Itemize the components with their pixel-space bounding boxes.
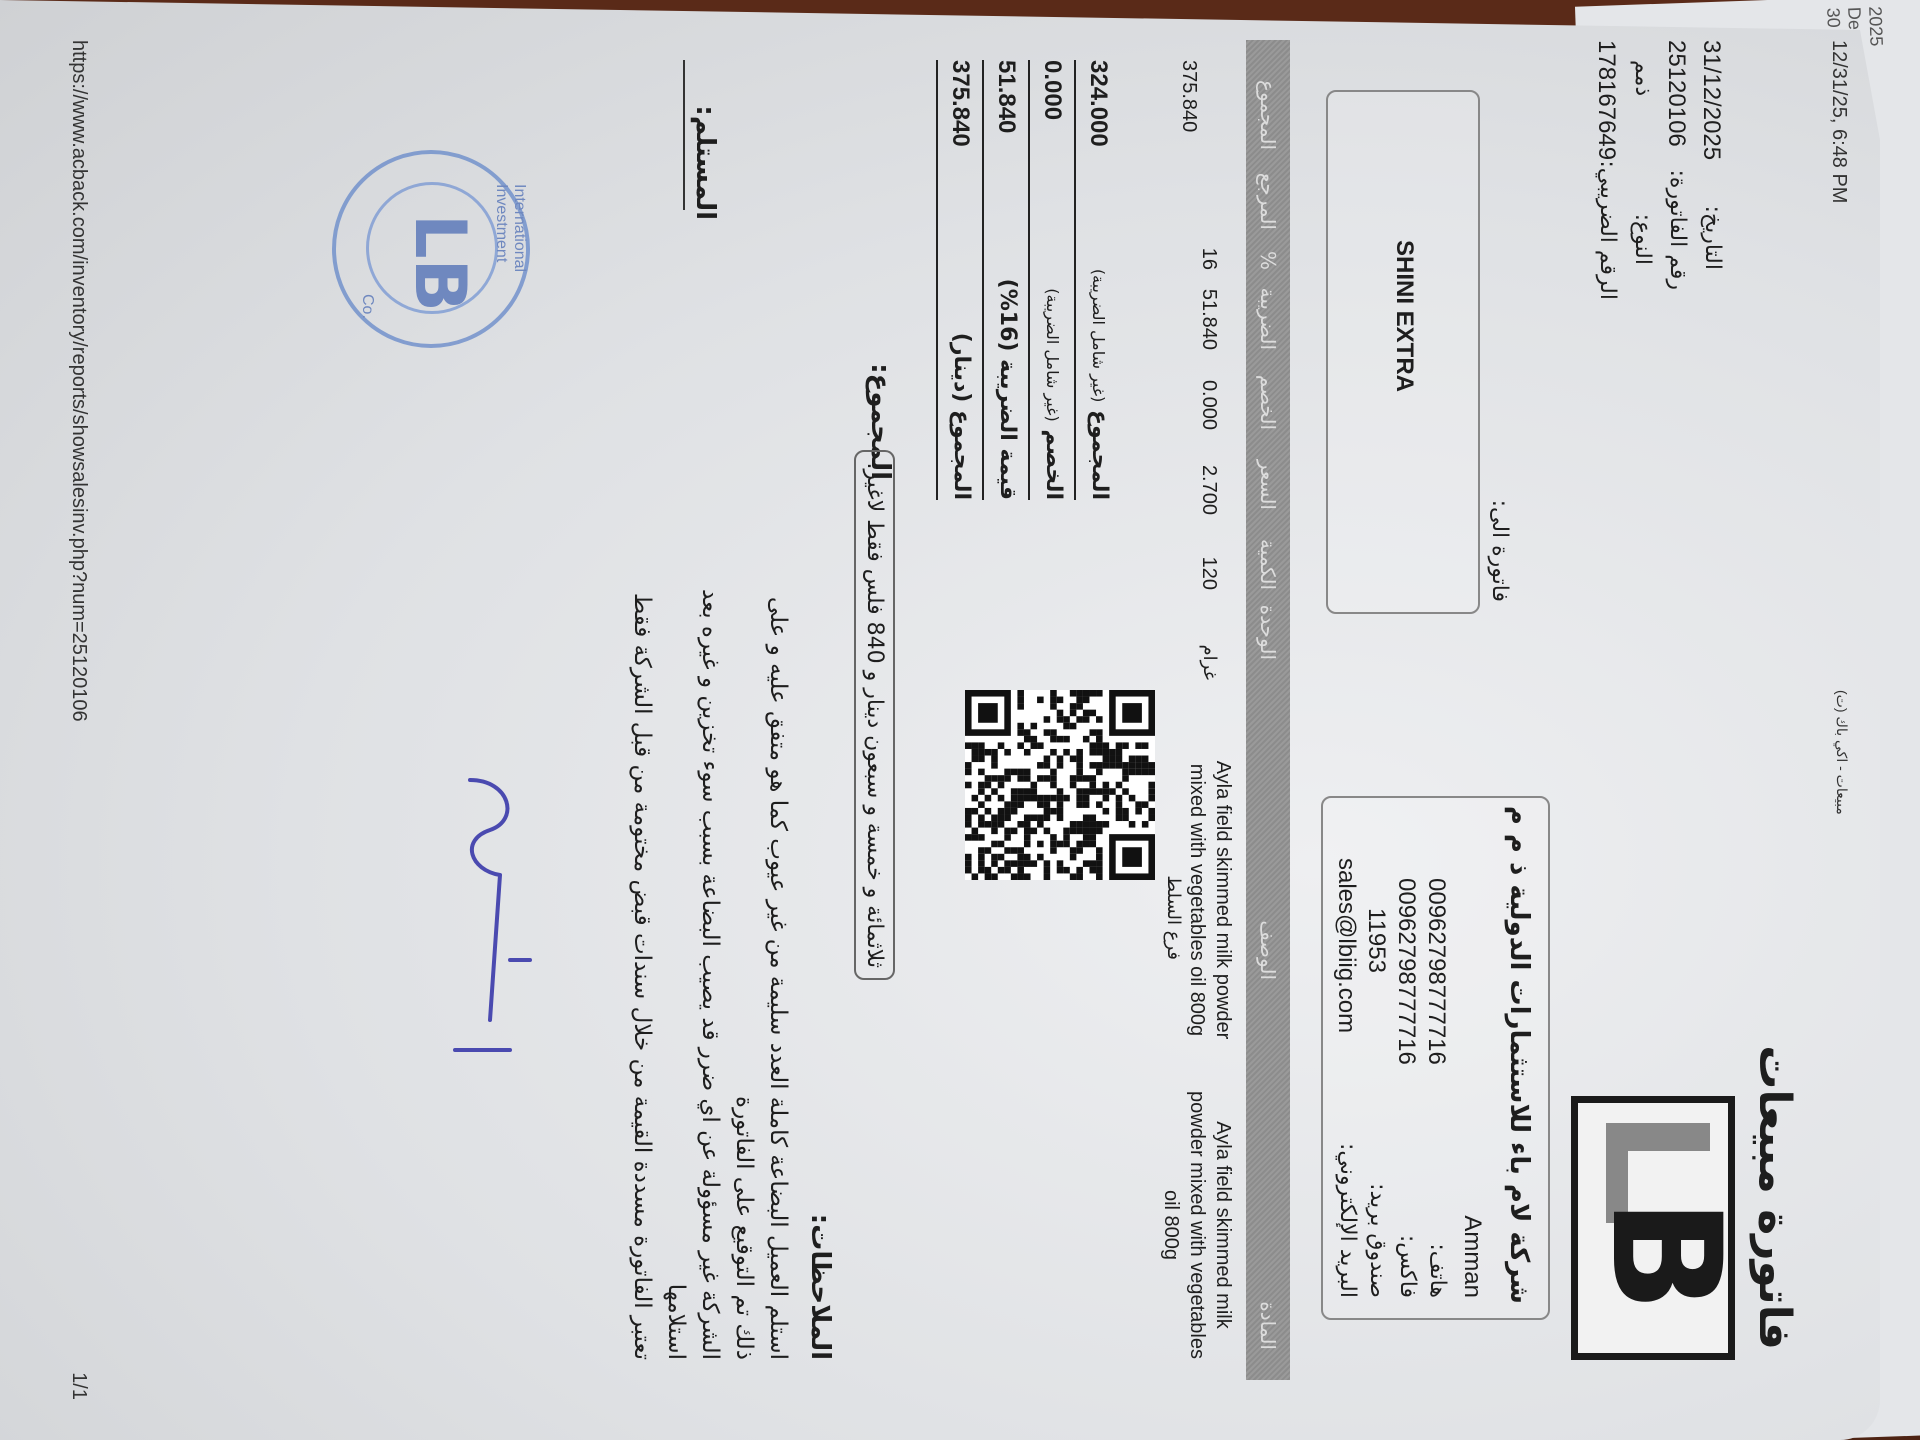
header-price: السعر [1256, 460, 1280, 510]
note-line: استلامها [659, 360, 693, 1360]
note-line: استلم العميل البضاعة كاملة العدد سليمة م… [761, 360, 795, 1360]
grand-total-row: المجموع (دينار) 375.840 [936, 60, 982, 500]
fax-value: 00962798777716 [1392, 878, 1420, 1065]
stamp-small-text: Co. [358, 294, 376, 319]
print-page-title: مبيعات - اكي باك (ت) [1833, 690, 1850, 815]
grand-total-label: المجموع (دينار) [949, 333, 974, 500]
table-row: Ayla field skimmed milk powder mixed wit… [1160, 40, 1240, 1380]
phone-label: هاتف: [1425, 1243, 1450, 1298]
handwritten-signature [420, 760, 550, 1060]
row-tax-percent: 16 [1197, 248, 1220, 270]
type-value: ذمم [1630, 60, 1655, 96]
header-tax-percent: % [1256, 251, 1280, 270]
header-total: المجموع [1256, 80, 1280, 150]
po-box-label: صندوق بريد: [1365, 1183, 1390, 1298]
invoice-title: فاتورة مبيعات [1749, 1045, 1800, 1350]
invoice-paper: 12/31/25, 6:48 PM مبيعات - اكي باك (ت) ف… [0, 0, 1880, 1440]
header-discount: الخصم [1256, 375, 1280, 430]
bill-to-label: فاتورة الى: [1487, 500, 1512, 602]
stamp-logo: LB [399, 214, 481, 312]
header-unit: الوحدة [1256, 605, 1280, 660]
tax-number-label: الرقم الضريبي: [1595, 160, 1620, 300]
phone-value: 00962798777716 [1422, 878, 1450, 1065]
header-description: الوصف [1256, 920, 1280, 980]
stamp-ring-text: International Investment [492, 184, 528, 344]
po-box-value: 11953 [1362, 908, 1390, 973]
row-unit: غرام [1199, 645, 1220, 681]
note-line: تعتبر الفاتورة مسددة القيمة من خلال سندا… [625, 360, 659, 1360]
notes-title: الملاحظات: [805, 1214, 835, 1360]
company-name: شركة لام باء للاستثمارات الدولية ذ م م [1504, 806, 1534, 1304]
header-quantity: الكمية [1256, 539, 1280, 590]
header-reference: المرجع [1256, 173, 1280, 230]
email-label: البريد الإلكتروني: [1335, 1143, 1360, 1298]
discount-row: الخصم (غير شامل الضريبة) 0.000 [1028, 60, 1074, 500]
header-tax: الضريبة [1256, 288, 1280, 350]
tax-value: 51.840 [992, 60, 1020, 133]
company-city: Amman [1458, 1215, 1486, 1298]
fax-label: فاكس: [1395, 1235, 1420, 1298]
date-value: 31/12/2025 [1697, 40, 1725, 160]
type-label: النوع: [1630, 214, 1655, 265]
date-label: التاريخ: [1700, 205, 1725, 270]
tax-row: قيمة الضريبة (16%) 51.840 [982, 60, 1028, 500]
items-table-header: المادة الوصف الوحدة الكمية السعر الخصم ا… [1246, 40, 1290, 1380]
row-discount: 0.000 [1197, 380, 1220, 430]
row-branch: فرع السلط [1163, 875, 1184, 960]
company-info-box: شركة لام باء للاستثمارات الدولية ذ م م A… [1321, 796, 1550, 1320]
row-description: Ayla field skimmed milk powder mixed wit… [1184, 750, 1236, 1050]
tax-number-value: 178167649 [1592, 40, 1620, 160]
page-number: 1/1 [67, 1372, 90, 1400]
discount-label: الخصم (غير شامل الضريبة) [1041, 288, 1066, 500]
row-tax: 51.840 [1197, 289, 1220, 350]
print-timestamp: 12/31/25, 6:48 PM [1827, 40, 1850, 203]
discount-value: 0.000 [1038, 60, 1066, 120]
customer-name: SHINI EXTRA [1390, 240, 1418, 392]
sales-invoice: 12/31/25, 6:48 PM مبيعات - اكي باك (ت) ف… [0, 0, 1880, 1440]
receiver-label: المستلم: [690, 105, 720, 220]
logo-b-glyph: B [1590, 1198, 1740, 1302]
tax-label: قيمة الضريبة (16%) [995, 279, 1020, 500]
row-quantity: 120 [1197, 557, 1220, 590]
bill-to-box: فاتورة الى: SHINI EXTRA [1326, 90, 1480, 614]
company-logo: B [1571, 1096, 1735, 1360]
invoice-number-value: 25120106 [1662, 40, 1690, 147]
invoice-number-label: رقم الفاتورة: [1665, 170, 1690, 290]
header-item: المادة [1256, 1301, 1280, 1350]
row-item: Ayla field skimmed milk powder mixed wit… [1158, 1090, 1236, 1360]
qr-code [965, 690, 1155, 880]
note-line: ذلك تم التوقيع على الفاتورة [727, 360, 761, 1360]
subtotal-value: 324.000 [1084, 60, 1112, 147]
subtotal-row: المجموع (غير شامل الضريبة) 324.000 [1074, 60, 1120, 500]
footer-url: https://www.acback.com/inventory/reports… [67, 40, 90, 722]
email-value: sales@lbiig.com [1332, 858, 1360, 1033]
amount-in-words: ثلاثمائة و خمسة و سبعون دينار و 840 فلس … [854, 450, 895, 980]
note-line: الشركة غير مسؤولة عن اي ضرر قد يصيب البض… [693, 360, 727, 1360]
row-total: 375.840 [1177, 60, 1200, 132]
notes-body: استلم العميل البضاعة كاملة العدد سليمة م… [625, 360, 795, 1360]
receiver-signature-line [683, 60, 685, 210]
row-price: 2.700 [1197, 465, 1220, 515]
subtotal-label: المجموع (غير شامل الضريبة) [1087, 269, 1112, 500]
company-stamp: LB International Investment Co. [332, 150, 530, 348]
grand-total-value: 375.840 [946, 60, 974, 147]
